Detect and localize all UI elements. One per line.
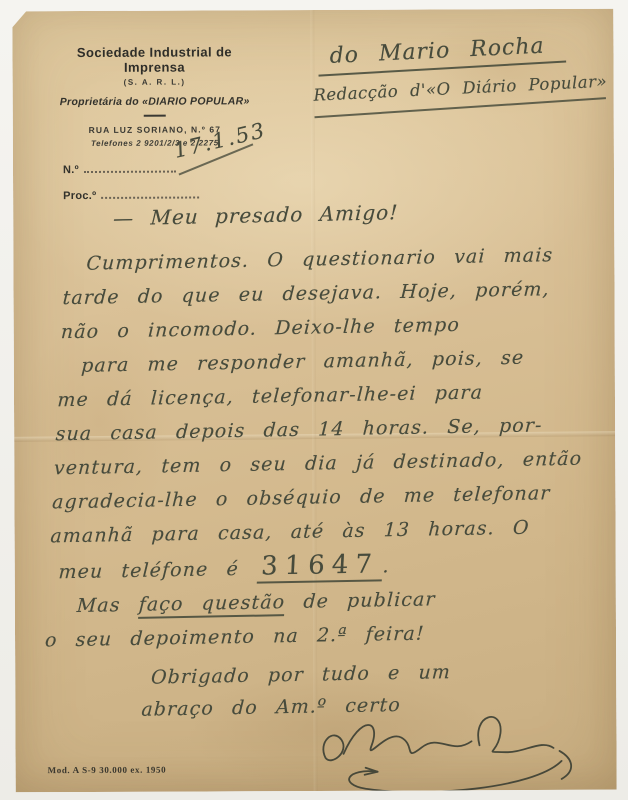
publish-line-emphasis: faço questão [138, 591, 286, 619]
letter-body: Cumprimentos. O questionario vai mais ta… [41, 237, 596, 727]
form-code: Mod. A S-9 30.000 ex. 1950 [48, 765, 167, 776]
company-name: Sociedade Industrial de Imprensa [46, 44, 262, 75]
phone-line-prefix: meu teléfone é [58, 558, 239, 583]
salutation: — Meu presado Amigo! [113, 200, 399, 230]
process-field-label: Proc.º [63, 190, 96, 202]
number-field-label: N.º [63, 164, 79, 176]
phone-number: 31647 [256, 549, 383, 583]
number-field-leader [84, 163, 176, 173]
phone-line-suffix: . [382, 555, 390, 577]
company-type: (S. A. R. L.) [47, 77, 263, 87]
annotation-line1: do Mario Rocha [311, 30, 622, 70]
number-field: N.º [63, 163, 176, 176]
publish-line-suffix: de publicar [285, 588, 437, 613]
annotation-sender: do Mario Rocha Redacção d'«O Diário Popu… [311, 30, 624, 116]
signature-scribble [303, 701, 603, 800]
letterhead-divider [144, 115, 166, 117]
publish-line-prefix: Mas [76, 594, 139, 617]
proprietor-line: Proprietária do «DIARIO POPULAR» [47, 95, 263, 108]
letter-paper: Sociedade Industrial de Imprensa (S. A. … [12, 9, 616, 793]
process-field: Proc.º [63, 189, 199, 203]
process-field-leader [101, 189, 199, 199]
scan-background: Sociedade Industrial de Imprensa (S. A. … [0, 0, 628, 800]
